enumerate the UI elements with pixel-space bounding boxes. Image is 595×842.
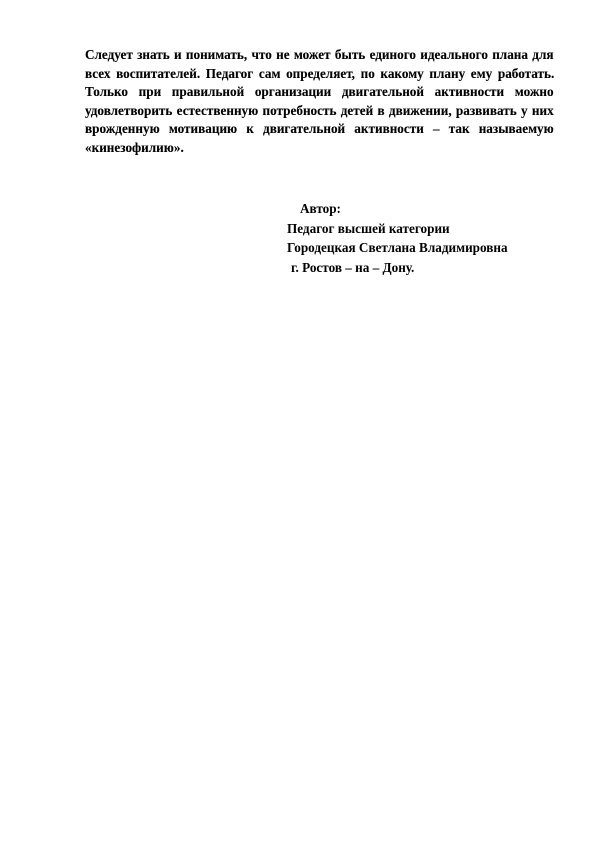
paragraph-line: удовлетворить естественную потребность д… xyxy=(85,102,554,121)
author-city: г. Ростов – на – Дону. xyxy=(291,258,508,278)
paragraph-line: Только при правильной организации двигат… xyxy=(85,83,554,102)
author-signature: Автор: Педагог высшей категории Городецк… xyxy=(297,199,508,277)
paragraph-line: «кинезофилию». xyxy=(85,139,554,158)
document-page: Следует знать и понимать, что не может б… xyxy=(0,0,595,842)
author-label: Автор: xyxy=(297,199,508,219)
paragraph-line: врожденную мотивацию к двигательной акти… xyxy=(85,120,554,139)
author-name: Городецкая Светлана Владимировна xyxy=(287,238,508,258)
paragraph-line: всех воспитателей. Педагог сам определяе… xyxy=(85,65,554,84)
body-paragraph: Следует знать и понимать, что не может б… xyxy=(85,46,554,158)
paragraph-line: Следует знать и понимать, что не может б… xyxy=(85,46,554,65)
author-title: Педагог высшей категории xyxy=(287,219,508,239)
